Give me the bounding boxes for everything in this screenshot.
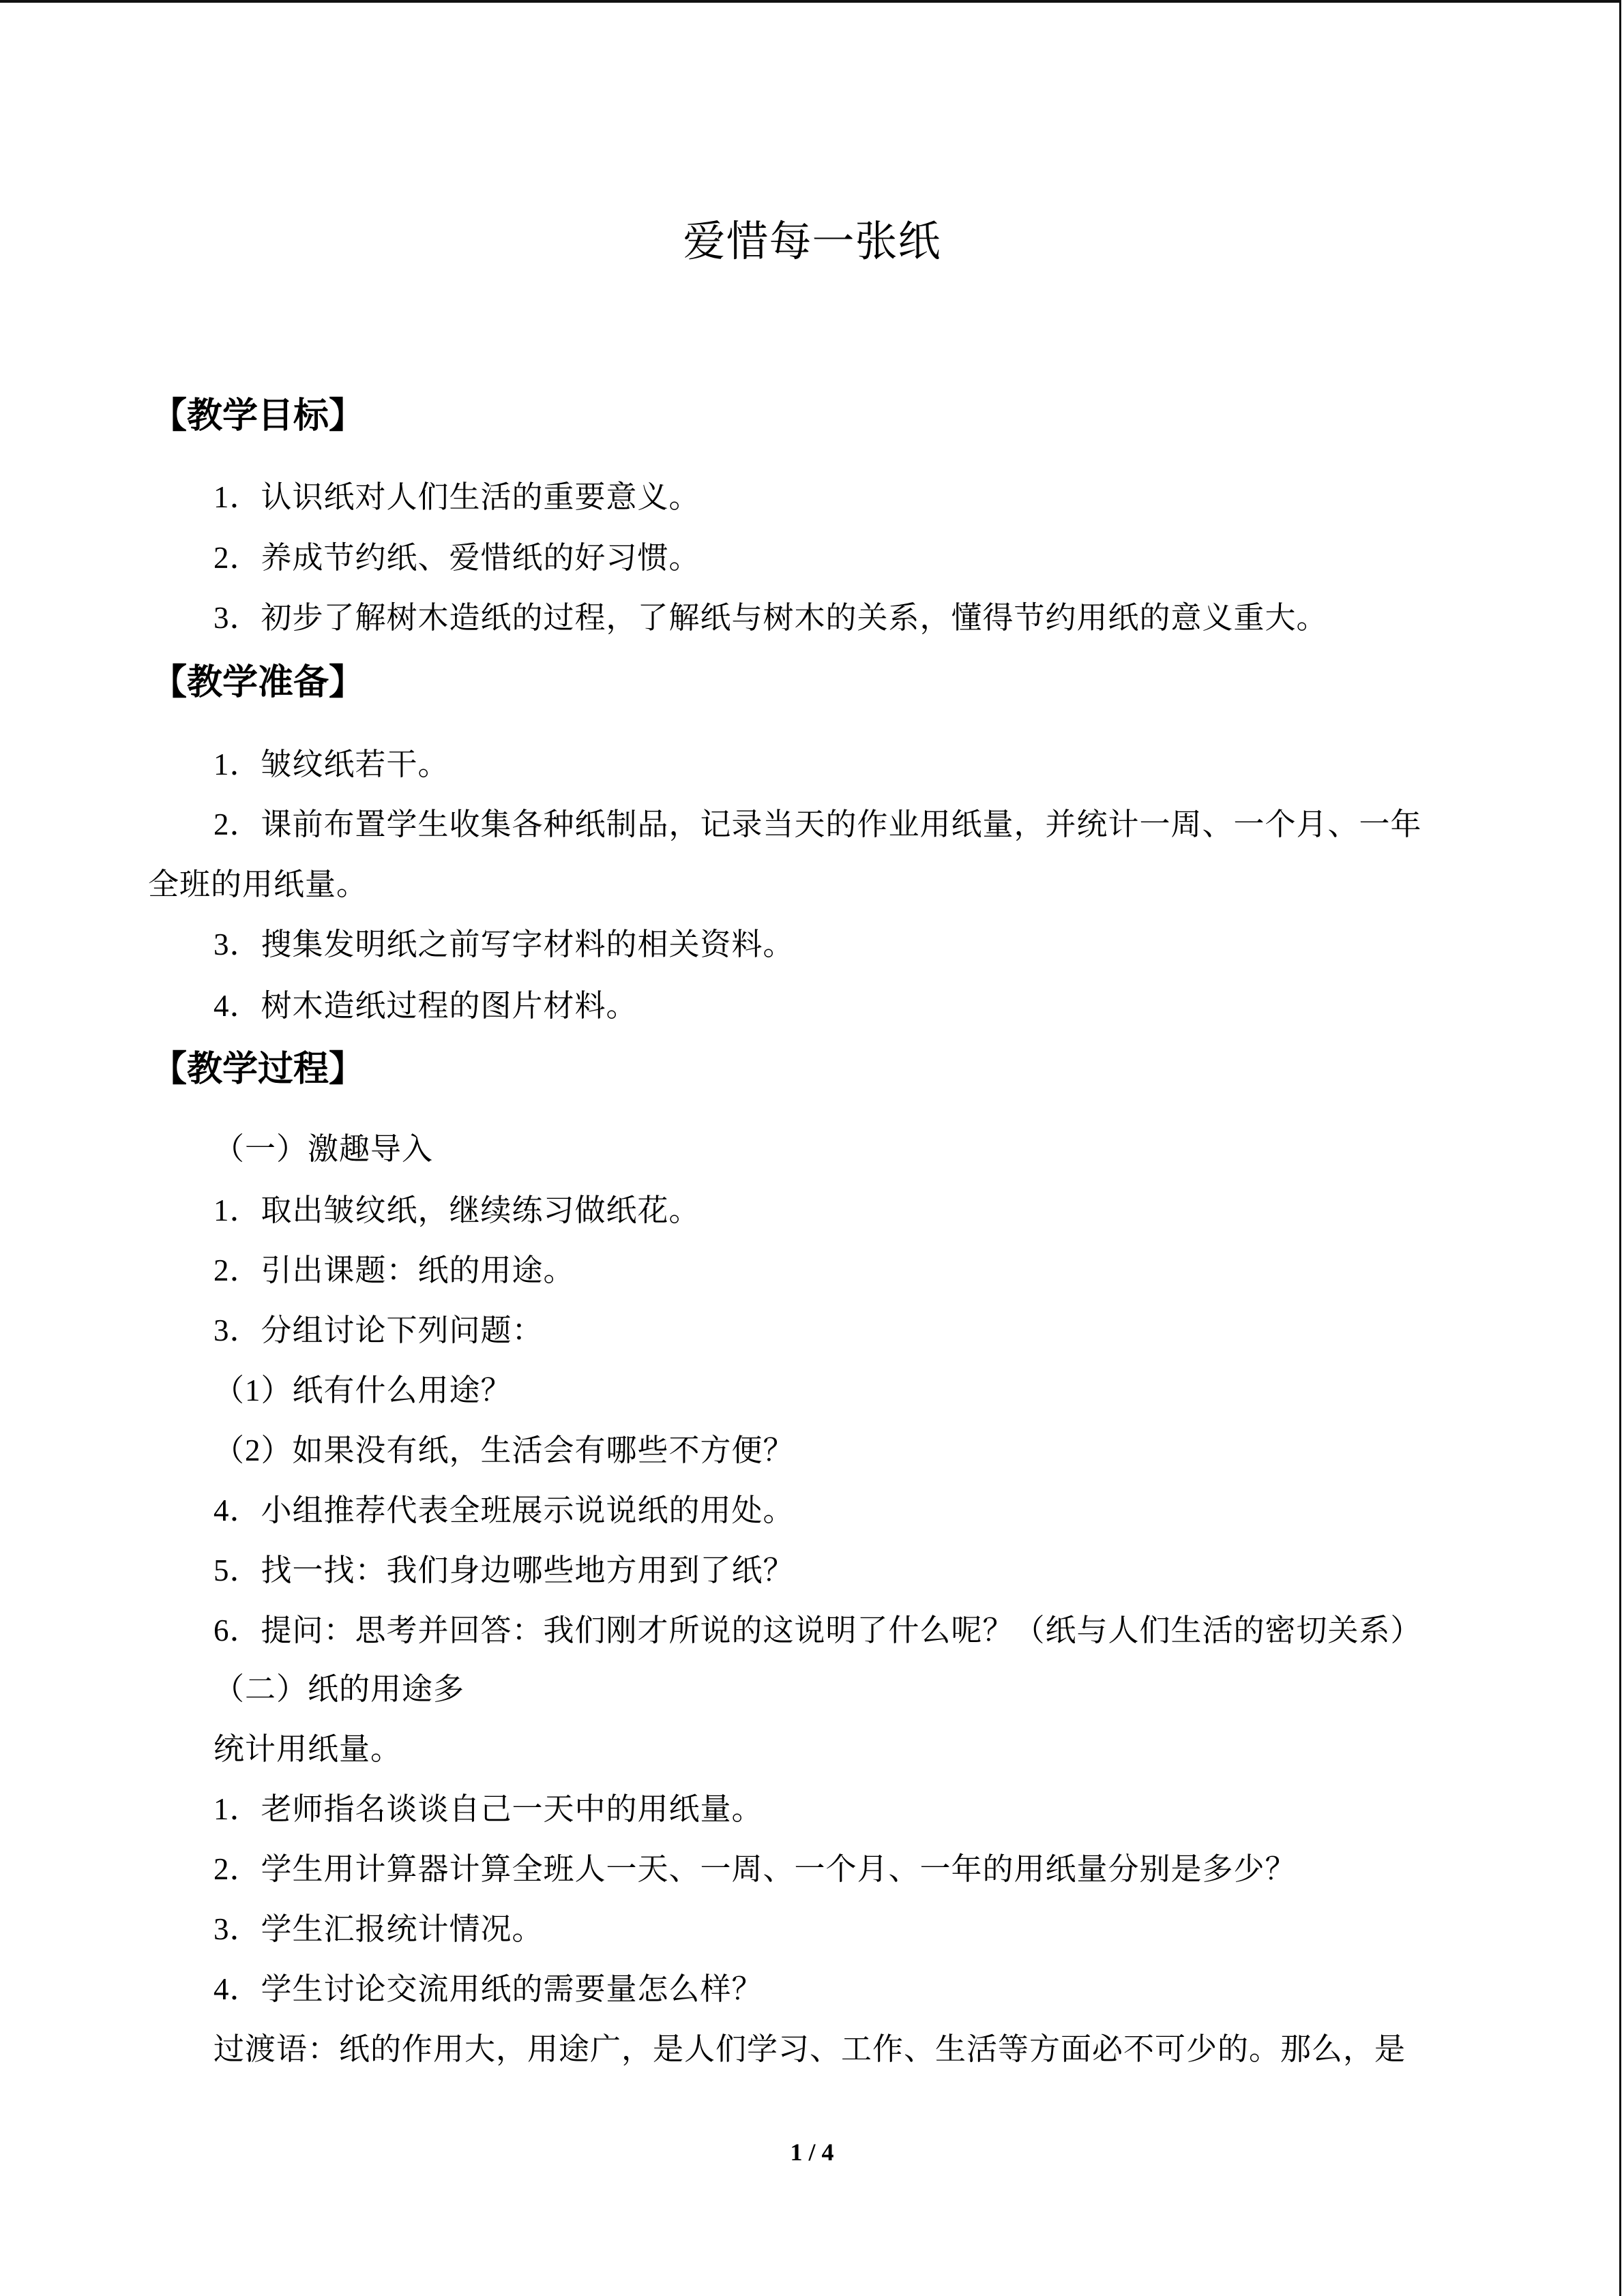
document-page: 爱惜每一张纸 【教学目标】 1．认识纸对人们生活的重要意义。 2．养成节约纸、爱… [0, 0, 1621, 2296]
process-line: 5．找一找：我们身边哪些地方用到了纸？ [213, 1551, 795, 1590]
process-line: 2．学生用计算器计算全班人一天、一周、一个月、一年的用纸量分别是多少？ [213, 1850, 1297, 1888]
preparation-item: 2．课前布置学生收集各种纸制品，记录当天的作业用纸量，并统计一周、一个月、一年 [213, 805, 1422, 844]
preparation-item: 3．搜集发明纸之前写字材料的相关资料。 [213, 925, 795, 964]
preparation-item-continuation: 全班的用纸量。 [148, 865, 368, 904]
preparation-item: 4．树木造纸过程的图片材料。 [213, 987, 638, 1025]
section-heading-process: 【教学过程】 [151, 1047, 364, 1091]
objective-item: 1．认识纸对人们生活的重要意义。 [213, 478, 700, 516]
process-line: 2．引出课题：纸的用途。 [213, 1251, 575, 1289]
preparation-item: 1．皱纹纸若干。 [213, 745, 449, 784]
process-subheading: （一）激趣导入 [213, 1130, 433, 1168]
objective-item: 2．养成节约纸、爱惜纸的好习惯。 [213, 539, 700, 577]
document-title: 爱惜每一张纸 [0, 215, 1624, 267]
transition-paragraph: 过渡语：纸的作用大，用途广，是人们学习、工作、生活等方面必不可少的。那么，是 [213, 2030, 1406, 2068]
objective-item: 3．初步了解树木造纸的过程，了解纸与树木的关系，懂得节约用纸的意义重大。 [213, 599, 1328, 637]
process-line: 统计用纸量。 [213, 1730, 402, 1768]
process-line: 4．学生讨论交流用纸的需要量怎么样？ [213, 1970, 763, 2008]
page-number: 1 / 4 [0, 2137, 1624, 2167]
process-subitem: （2）如果没有纸，生活会有哪些不方便？ [213, 1431, 795, 1470]
process-line: 1．老师指名谈谈自己一天中的用纸量。 [213, 1790, 763, 1828]
process-line: 4．小组推荐代表全班展示说说纸的用处。 [213, 1491, 795, 1530]
process-line: 3．学生汇报统计情况。 [213, 1910, 544, 1948]
process-line: 3．分组讨论下列问题： [213, 1311, 544, 1350]
process-subheading: （二）纸的用途多 [213, 1670, 464, 1708]
process-subitem: （1）纸有什么用途？ [213, 1371, 512, 1410]
section-heading-objectives: 【教学目标】 [151, 394, 364, 438]
section-heading-preparation: 【教学准备】 [151, 661, 364, 704]
process-line: 1．取出皱纹纸，继续练习做纸花。 [213, 1191, 700, 1229]
process-line: 6．提问：思考并回答：我们刚才所说的这说明了什么呢？（纸与人们生活的密切关系） [213, 1611, 1422, 1650]
